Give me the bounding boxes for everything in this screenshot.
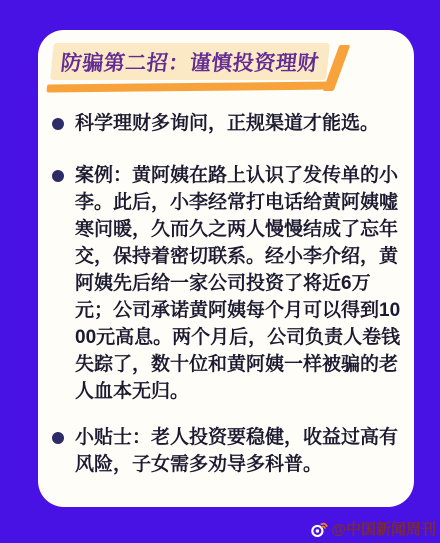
- tip-item-2-case: 案例：黄阿姨在路上认识了发传单的小 李。此后，小李经常打电话给黄阿姨嘘 寒问暖，…: [38, 162, 414, 405]
- tip-item-1: 科学理财多询问，正规渠道才能选。: [38, 110, 414, 137]
- bullet-dot-icon: [52, 170, 64, 182]
- weibo-icon: [310, 520, 328, 538]
- content-card: 防骗第二招：谨慎投资理财 科学理财多询问，正规渠道才能选。 案例：黄阿姨在路上认…: [38, 30, 414, 507]
- tip-item-3-text: 小贴士：老人投资要稳健，收益过高有 风险，子女需多劝导多科普。: [75, 424, 407, 478]
- watermark: @中国新闻周刊: [310, 518, 436, 539]
- bullet-dot-icon: [52, 432, 64, 444]
- tip-item-3-advice: 小贴士：老人投资要稳健，收益过高有 风险，子女需多劝导多科普。: [38, 424, 414, 478]
- bullet-dot-icon: [52, 118, 64, 130]
- watermark-text: @中国新闻周刊: [331, 518, 436, 539]
- page-title: 防骗第二招：谨慎投资理财: [59, 47, 320, 77]
- header-banner: 防骗第二招：谨慎投资理财: [52, 43, 342, 92]
- tip-item-1-text: 科学理财多询问，正规渠道才能选。: [75, 110, 407, 137]
- tip-item-2-text: 案例：黄阿姨在路上认识了发传单的小 李。此后，小李经常打电话给黄阿姨嘘 寒问暖，…: [75, 162, 407, 405]
- header-underline-accent: [46, 82, 333, 93]
- header-badge: 防骗第二招：谨慎投资理财: [50, 43, 330, 80]
